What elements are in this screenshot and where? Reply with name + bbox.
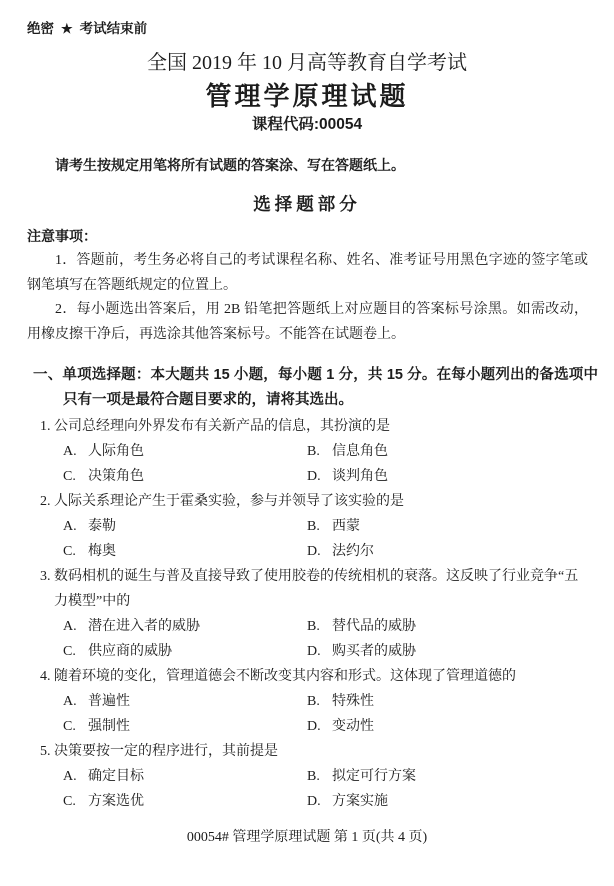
section-title: 选择题部分	[0, 192, 614, 216]
option-text: 特殊性	[332, 689, 374, 714]
question-number: 4.	[40, 664, 54, 689]
option-text: 西蒙	[332, 514, 360, 539]
question-stem-row: 1. 公司总经理向外界发布有关新产品的信息，其扮演的是	[40, 414, 588, 439]
star-icon: ★	[61, 21, 73, 36]
notice-item-1: 1．答题前，考生务必将自己的考试课程名称、姓名、准考证号用黑色字迹的签字笔或钢笔…	[27, 249, 588, 298]
option-d: D.法约尔	[307, 539, 588, 564]
question-stem-row: 4. 随着环境的变化，管理道德会不断改变其内容和形式。这体现了管理道德的	[40, 664, 588, 689]
option-label: C.	[63, 464, 88, 489]
option-label: B.	[307, 614, 332, 639]
option-text: 确定目标	[88, 764, 144, 789]
option-label: C.	[63, 789, 88, 814]
question-5: 5. 决策要按一定的程序进行，其前提是 A.确定目标 B.拟定可行方案 C.方案…	[40, 739, 588, 814]
option-text: 法约尔	[332, 539, 374, 564]
option-label: D.	[307, 464, 332, 489]
option-label: A.	[63, 764, 88, 789]
option-text: 信息角色	[332, 439, 388, 464]
option-b: B.西蒙	[307, 514, 588, 539]
option-text: 变动性	[332, 714, 374, 739]
option-label: C.	[63, 714, 88, 739]
option-c: C.方案选优	[63, 789, 307, 814]
option-text: 梅奥	[88, 539, 116, 564]
question-stem-row: 5. 决策要按一定的程序进行，其前提是	[40, 739, 588, 764]
option-text: 强制性	[88, 714, 130, 739]
option-b: B.信息角色	[307, 439, 588, 464]
option-b: B.替代品的威胁	[307, 614, 588, 639]
option-c: C.决策角色	[63, 464, 307, 489]
option-text: 替代品的威胁	[332, 614, 416, 639]
question-number: 1.	[40, 414, 54, 439]
option-a: A.人际角色	[63, 439, 307, 464]
option-d: D.谈判角色	[307, 464, 588, 489]
option-text: 方案实施	[332, 789, 388, 814]
question-stem-row: 3. 数码相机的诞生与普及直接导致了使用胶卷的传统相机的衰落。这反映了行业竞争“…	[40, 564, 588, 614]
exam-title: 全国 2019 年 10 月高等教育自学考试	[0, 50, 614, 77]
answer-sheet-instruction: 请考生按规定用笔将所有试题的答案涂、写在答题纸上。	[27, 155, 588, 175]
exam-paper-page: 绝密★考试结束前 全国 2019 年 10 月高等教育自学考试 管理学原理试题 …	[0, 0, 614, 886]
question-1: 1. 公司总经理向外界发布有关新产品的信息，其扮演的是 A.人际角色 B.信息角…	[40, 414, 588, 489]
page-footer: 00054# 管理学原理试题 第 1 页(共 4 页)	[0, 828, 614, 848]
option-text: 方案选优	[88, 789, 144, 814]
option-b: B.特殊性	[307, 689, 588, 714]
notice-item-2: 2．每小题选出答案后，用 2B 铅笔把答题纸上对应题目的答案标号涂黑。如需改动，…	[27, 298, 588, 347]
option-label: D.	[307, 539, 332, 564]
question-stem: 数码相机的诞生与普及直接导致了使用胶卷的传统相机的衰落。这反映了行业竞争“五力模…	[54, 564, 588, 614]
option-a: A.确定目标	[63, 764, 307, 789]
question-options: A.泰勒 B.西蒙 C.梅奥 D.法约尔	[63, 514, 588, 564]
option-text: 泰勒	[88, 514, 116, 539]
question-options: A.普遍性 B.特殊性 C.强制性 D.变动性	[63, 689, 588, 739]
course-code: 课程代码:00054	[0, 115, 614, 135]
notice-title: 注意事项：	[27, 226, 614, 246]
option-text: 谈判角色	[332, 464, 388, 489]
option-label: D.	[307, 639, 332, 664]
option-label: B.	[307, 689, 332, 714]
option-label: C.	[63, 539, 88, 564]
question-number: 2.	[40, 489, 54, 514]
option-label: C.	[63, 639, 88, 664]
question-list: 1. 公司总经理向外界发布有关新产品的信息，其扮演的是 A.人际角色 B.信息角…	[0, 414, 614, 814]
secrecy-line: 绝密★考试结束前	[27, 20, 614, 38]
secrecy-label: 绝密	[27, 21, 54, 36]
option-label: A.	[63, 614, 88, 639]
question-stem-row: 2. 人际关系理论产生于霍桑实验，参与并领导了该实验的是	[40, 489, 588, 514]
option-label: D.	[307, 789, 332, 814]
question-stem: 决策要按一定的程序进行，其前提是	[54, 739, 588, 764]
question-4: 4. 随着环境的变化，管理道德会不断改变其内容和形式。这体现了管理道德的 A.普…	[40, 664, 588, 739]
option-a: A.普遍性	[63, 689, 307, 714]
question-options: A.潜在进入者的威胁 B.替代品的威胁 C.供应商的威胁 D.购买者的威胁	[63, 614, 588, 664]
question-options: A.确定目标 B.拟定可行方案 C.方案选优 D.方案实施	[63, 764, 588, 814]
option-c: C.供应商的威胁	[63, 639, 307, 664]
option-label: D.	[307, 714, 332, 739]
option-text: 人际角色	[88, 439, 144, 464]
timing-note: 考试结束前	[80, 21, 148, 36]
option-a: A.潜在进入者的威胁	[63, 614, 307, 639]
question-stem: 公司总经理向外界发布有关新产品的信息，其扮演的是	[54, 414, 588, 439]
option-text: 供应商的威胁	[88, 639, 172, 664]
option-text: 潜在进入者的威胁	[88, 614, 200, 639]
option-label: B.	[307, 764, 332, 789]
question-stem: 人际关系理论产生于霍桑实验，参与并领导了该实验的是	[54, 489, 588, 514]
option-text: 购买者的威胁	[332, 639, 416, 664]
option-d: D.方案实施	[307, 789, 588, 814]
option-d: D.变动性	[307, 714, 588, 739]
option-text: 决策角色	[88, 464, 144, 489]
option-label: A.	[63, 439, 88, 464]
part-one-heading: 一、单项选择题：本大题共 15 小题，每小题 1 分，共 15 分。在每小题列出…	[33, 363, 598, 413]
paper-title: 管理学原理试题	[0, 80, 614, 112]
question-number: 5.	[40, 739, 54, 764]
option-label: A.	[63, 689, 88, 714]
question-stem: 随着环境的变化，管理道德会不断改变其内容和形式。这体现了管理道德的	[54, 664, 588, 689]
option-c: C.梅奥	[63, 539, 307, 564]
question-3: 3. 数码相机的诞生与普及直接导致了使用胶卷的传统相机的衰落。这反映了行业竞争“…	[40, 564, 588, 664]
option-text: 普遍性	[88, 689, 130, 714]
option-label: B.	[307, 514, 332, 539]
question-2: 2. 人际关系理论产生于霍桑实验，参与并领导了该实验的是 A.泰勒 B.西蒙 C…	[40, 489, 588, 564]
option-c: C.强制性	[63, 714, 307, 739]
question-number: 3.	[40, 564, 54, 614]
option-label: B.	[307, 439, 332, 464]
question-options: A.人际角色 B.信息角色 C.决策角色 D.谈判角色	[63, 439, 588, 489]
option-label: A.	[63, 514, 88, 539]
option-b: B.拟定可行方案	[307, 764, 588, 789]
option-d: D.购买者的威胁	[307, 639, 588, 664]
option-text: 拟定可行方案	[332, 764, 416, 789]
option-a: A.泰勒	[63, 514, 307, 539]
